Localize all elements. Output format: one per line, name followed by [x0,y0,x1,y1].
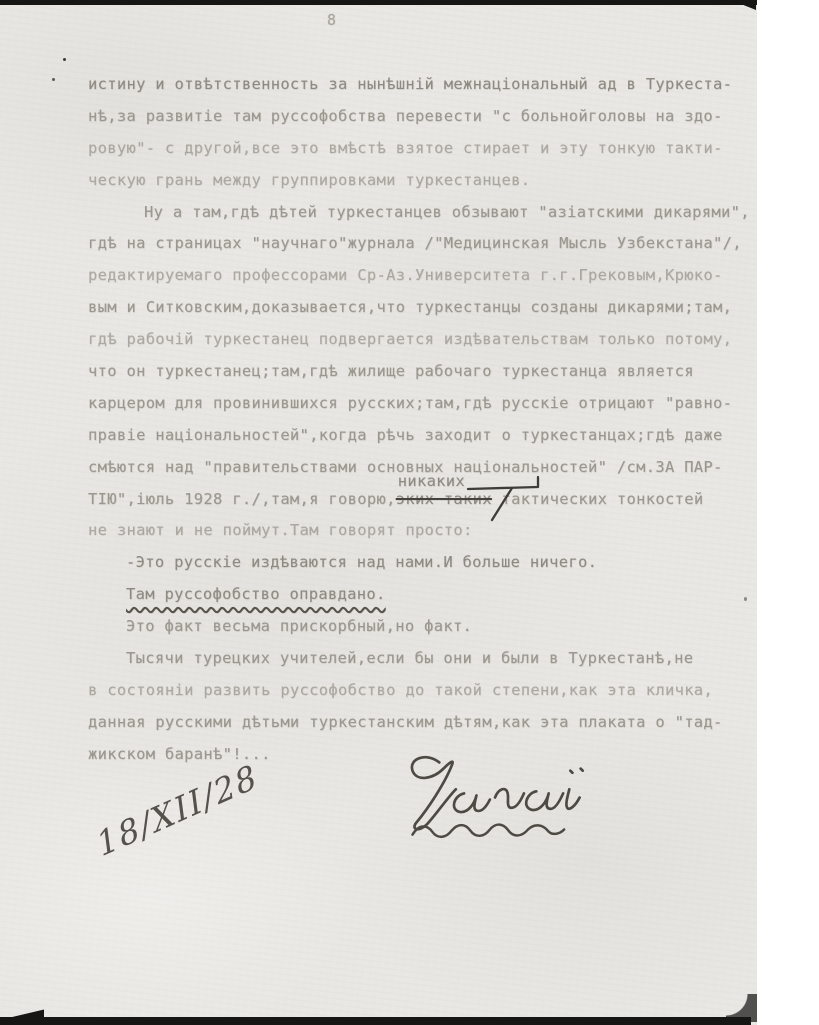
handwritten-date: 18/XII/28 [92,756,263,864]
typed-line: карцером для провинившихся русских;там,г… [88,388,756,420]
typed-text-block: истину и отвѣтственность за нынѣшній меж… [88,69,756,771]
typed-line: редактируемаго профессорами Ср-Аз.Универ… [88,260,756,292]
handwritten-signature [396,748,592,846]
typed-line paragraph-start: Ну а там,гдѣ дѣтей туркестанцев обзывают… [88,197,756,229]
typed-line-underlined: Там руссофобство оправдано. [88,579,756,611]
typed-line: данная русскими дѣтьми туркестанским дѣт… [88,707,756,739]
insertion-caret-mark [466,474,546,522]
typed-line paragraph-start: Это факт весьма прискорбный,но факт. [88,611,756,643]
ink-speck [744,597,747,601]
typed-line paragraph-start: -Это русскіе издѣваются над нами.И больш… [88,547,756,579]
typed-line paragraph-start: Тысячи турецких учителей,если бы они и б… [88,643,756,675]
page-number: 8 [327,11,336,29]
typed-line: нѣ,за развитіе там руссофобства перевест… [88,101,756,133]
scan-border-bottom [0,1017,751,1025]
scanned-document-page: 8 истину и отвѣтственность за нынѣшній м… [0,0,757,1025]
typed-line: ческую грань между группировками туркест… [88,165,756,197]
typed-line: в состояніи развить руссофобство до тако… [88,675,756,707]
typed-line: вым и Ситковским,доказывается,что туркес… [88,292,756,324]
ink-speck [63,58,66,61]
typed-line: гдѣ на страницах "научнаго"журнала /"Мед… [88,228,756,260]
typed-line: правіе національностей",когда рѣчь заход… [88,420,756,452]
wavy-underlined-text: Там руссофобство оправдано. [126,585,386,603]
signature-strokes [396,748,592,846]
correction-area: никакихэких таких [396,490,492,508]
line-pre-text: ТІЮ",іюль 1928 г./,там,я говорю, [88,490,396,508]
typed-line-with-correction: ТІЮ",іюль 1928 г./,там,я говорю,никакихэ… [88,484,756,516]
typed-insertion: никаких [398,473,465,489]
typed-line: истину и отвѣтственность за нынѣшній меж… [88,69,756,101]
typed-line: не знают и не поймут.Там говорят просто: [88,515,756,547]
typed-line: гдѣ рабочій туркестанец подвергается изд… [88,324,756,356]
typed-line: ровую"- с другой,все это вмѣстѣ взятое с… [88,133,756,165]
scan-border-top [0,0,757,5]
typed-line: что он туркестанец;там,гдѣ жилище рабоча… [88,356,756,388]
ink-speck [52,78,55,81]
